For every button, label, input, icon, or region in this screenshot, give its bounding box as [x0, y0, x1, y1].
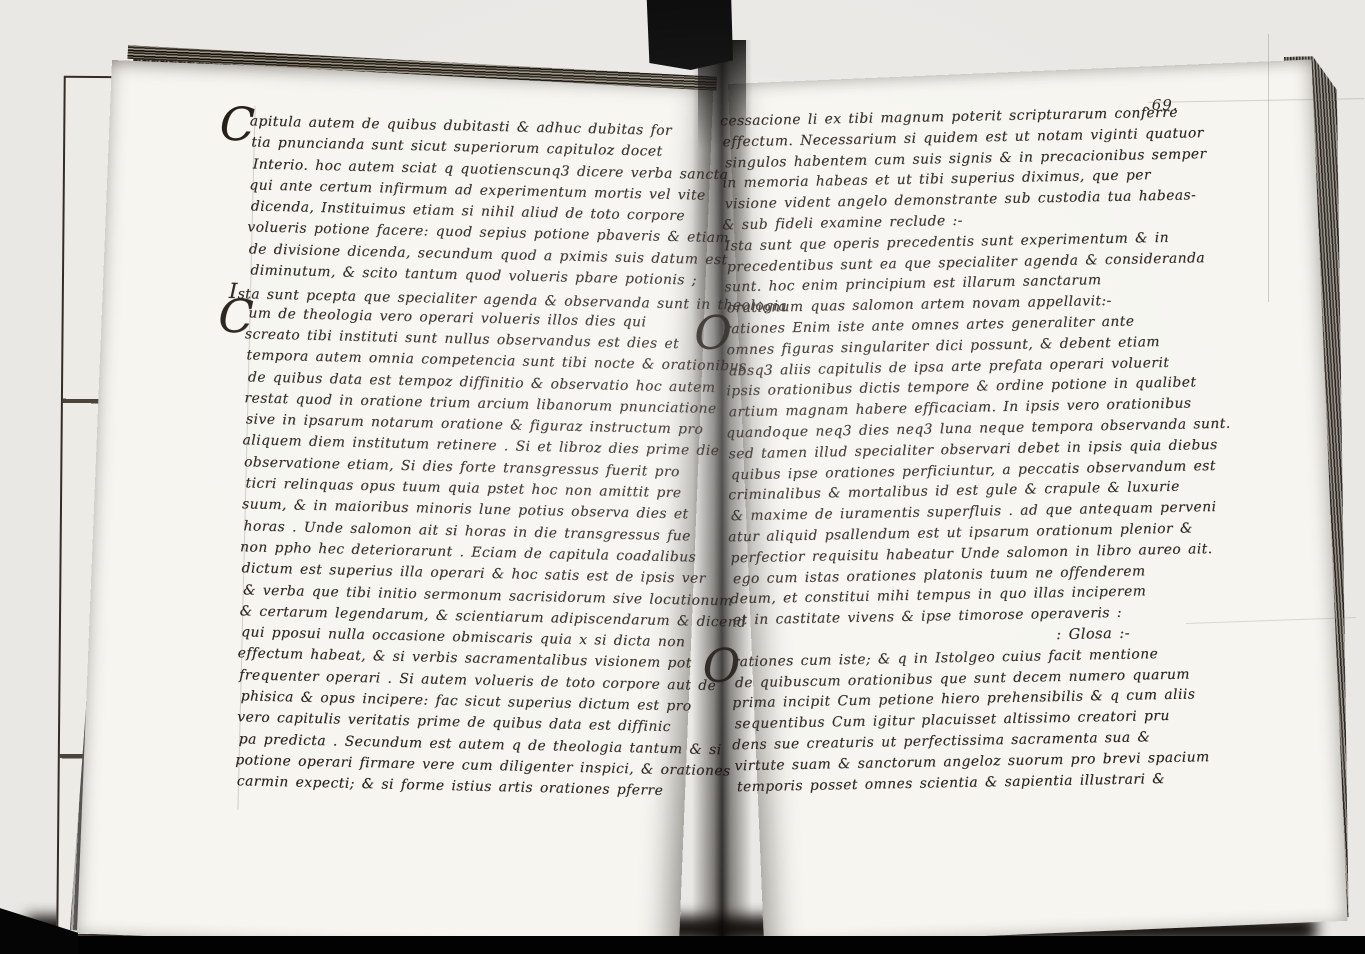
- manuscript-photograph: Capitula autem de quibus dubitasti & adh…: [0, 0, 1365, 954]
- crease-line-vertical: [1268, 34, 1269, 302]
- bookmark-strap: [645, 0, 733, 70]
- left-page-text: Capitula autem de quibus dubitasti & adh…: [237, 112, 730, 804]
- drop-cap-initial: C: [219, 104, 256, 145]
- page-number: .69.: [1146, 96, 1179, 114]
- right-page-text: cessacione li ex tibi magnum poterit scr…: [722, 103, 1227, 799]
- photo-bottom-border: [0, 936, 1365, 954]
